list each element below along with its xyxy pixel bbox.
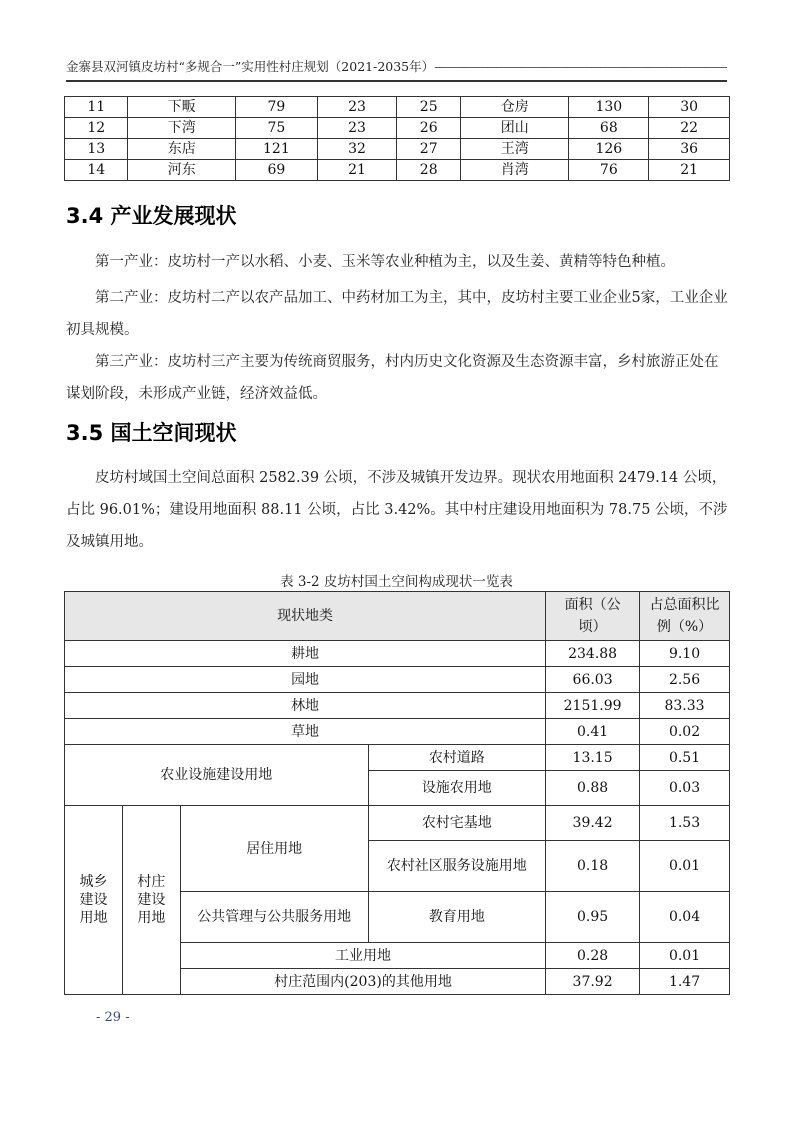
table-row: 13 东店 121 32 27 王湾 126 36 [65,139,730,160]
table-row: 12 下湾 75 23 26 团山 68 22 [65,118,730,139]
cell: 13.15 [546,745,640,771]
cell: 农村宅基地 [368,806,546,841]
header-category: 现状地类 [65,592,546,641]
cell: 1.47 [640,969,730,995]
cell: 0.04 [640,892,730,943]
cell: 耕地 [65,641,546,667]
cell: 0.03 [640,771,730,806]
paragraph-tertiary-industry: 第三产业：皮坊村三产主要为传统商贸服务，村内历史文化资源及生态资源丰富，乡村旅游… [66,346,730,410]
village-table: 11 下畈 79 23 25 仓房 130 30 12 下湾 75 23 26 … [64,96,730,181]
cell: 林地 [65,693,546,719]
cell: 教育用地 [368,892,546,943]
cell: 36 [649,139,730,160]
table-row: 园地 66.03 2.56 [65,667,730,693]
cell: 公共管理与公共服务用地 [180,892,368,943]
cell: 0.18 [546,841,640,892]
cell: 1.53 [640,806,730,841]
cell: 9.10 [640,641,730,667]
cell: 居住用地 [180,806,368,892]
cell: 126 [569,139,649,160]
cell: 12 [65,118,128,139]
cell: 0.01 [640,841,730,892]
cell: 83.33 [640,693,730,719]
cell: 农村道路 [368,745,546,771]
cell: 东店 [128,139,236,160]
cell: 69 [236,160,318,181]
cell: 23 [317,97,397,118]
cell: 26 [397,118,460,139]
cell: 工业用地 [180,943,545,969]
table-row: 11 下畈 79 23 25 仓房 130 30 [65,97,730,118]
table-row: 14 河东 69 21 28 肖湾 76 21 [65,160,730,181]
cell: 79 [236,97,318,118]
table-row: 耕地 234.88 9.10 [65,641,730,667]
table-row: 农业设施建设用地 农村道路 13.15 0.51 [65,745,730,771]
paragraph-secondary-industry: 第二产业：皮坊村二产以农产品加工、中药材加工为主，其中，皮坊村主要工业企业5家，… [66,282,730,346]
cell: 王湾 [460,139,569,160]
cell: 32 [317,139,397,160]
cell: 21 [649,160,730,181]
cell: 村庄范围内(203)的其他用地 [180,969,545,995]
cell: 下畈 [128,97,236,118]
cell: 园地 [65,667,546,693]
paragraph-primary-industry: 第一产业：皮坊村一产以水稻、小麦、玉米等农业种植为主，以及生姜、黄精等特色种植。 [66,246,730,278]
cell: 河东 [128,160,236,181]
cell: 草地 [65,719,546,745]
cell: 76 [569,160,649,181]
table-row: 林地 2151.99 83.33 [65,693,730,719]
cell: 0.88 [546,771,640,806]
section-heading-3-4: 3.4 产业发展现状 [66,200,237,230]
header-dashes: —————————————————————————————— [434,59,727,74]
cell: 0.28 [546,943,640,969]
cell: 村庄建设用地 [122,806,180,995]
page-header: 金寨县双河镇皮坊村“多规合一”实用性村庄规划（2021-2035年）——————… [66,57,727,78]
table-header-row: 现状地类 面积（公顷） 占总面积比例（%） [65,592,730,641]
cell: 66.03 [546,667,640,693]
cell: 234.88 [546,641,640,667]
cell: 设施农用地 [368,771,546,806]
cell: 仓房 [460,97,569,118]
cell: 68 [569,118,649,139]
cell: 30 [649,97,730,118]
cell: 0.01 [640,943,730,969]
cell: 农村社区服务设施用地 [368,841,546,892]
cell: 14 [65,160,128,181]
cell: 2151.99 [546,693,640,719]
cell: 团山 [460,118,569,139]
table-row: 草地 0.41 0.02 [65,719,730,745]
land-use-table: 现状地类 面积（公顷） 占总面积比例（%） 耕地 234.88 9.10 园地 … [64,591,730,995]
header-area: 面积（公顷） [546,592,640,641]
page-number: - 29 - [96,1010,130,1025]
section-heading-3-5: 3.5 国土空间现状 [66,417,237,447]
cell: 2.56 [640,667,730,693]
cell: 21 [317,160,397,181]
cell: 13 [65,139,128,160]
table-caption: 表 3-2 皮坊村国土空间构成现状一览表 [0,570,793,590]
cell: 0.95 [546,892,640,943]
cell: 农业设施建设用地 [65,745,369,806]
cell: 11 [65,97,128,118]
cell: 121 [236,139,318,160]
cell: 城乡建设用地 [65,806,123,995]
cell: 下湾 [128,118,236,139]
cell: 39.42 [546,806,640,841]
header-title: 金寨县双河镇皮坊村“多规合一”实用性村庄规划（2021-2035年） [66,59,434,74]
cell: 25 [397,97,460,118]
cell: 0.51 [640,745,730,771]
header-rule [66,80,727,82]
cell: 0.41 [546,719,640,745]
cell: 75 [236,118,318,139]
cell: 130 [569,97,649,118]
paragraph-land-overview: 皮坊村域国土空间总面积 2582.39 公顷，不涉及城镇开发边界。现状农用地面积… [66,462,730,558]
cell: 23 [317,118,397,139]
table-row: 城乡建设用地 村庄建设用地 居住用地 农村宅基地 39.42 1.53 [65,806,730,841]
cell: 37.92 [546,969,640,995]
header-ratio: 占总面积比例（%） [640,592,730,641]
cell: 22 [649,118,730,139]
cell: 0.02 [640,719,730,745]
cell: 27 [397,139,460,160]
cell: 肖湾 [460,160,569,181]
cell: 28 [397,160,460,181]
